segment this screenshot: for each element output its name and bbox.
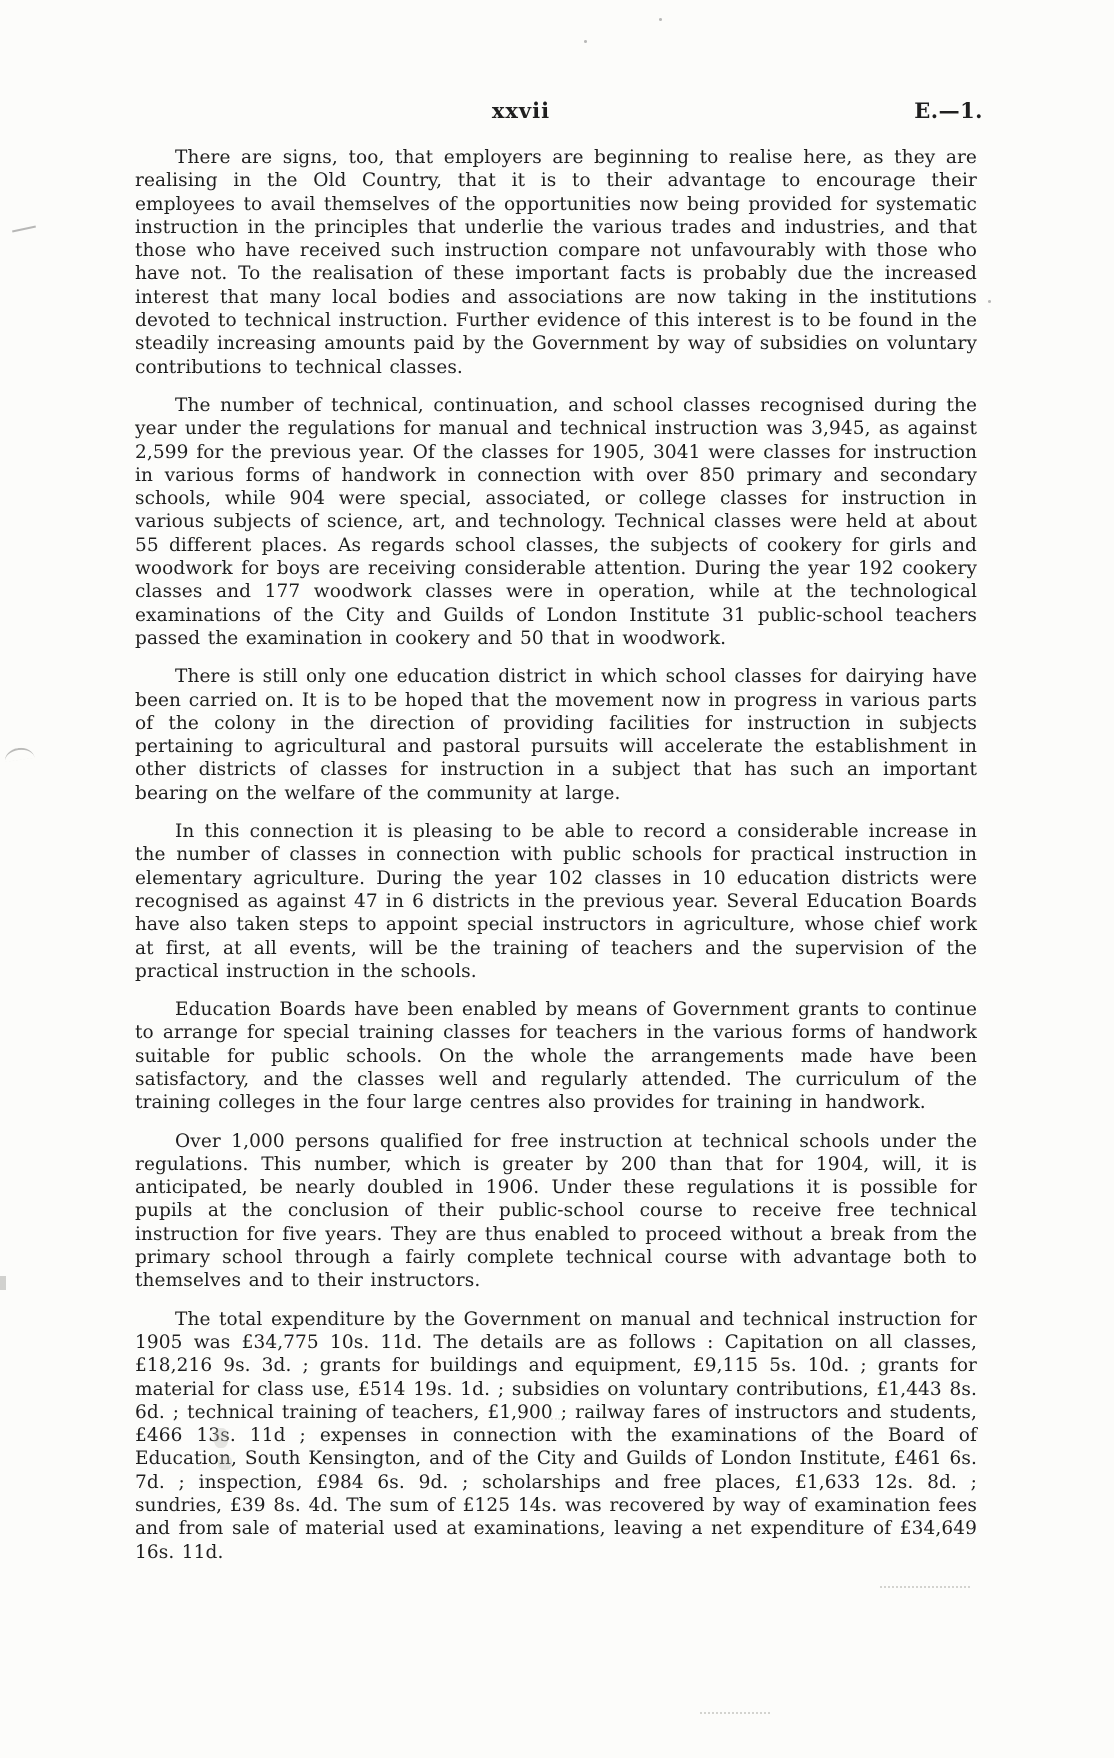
- scan-speck-top-2: [659, 18, 662, 21]
- scan-dotted-rule-1: [880, 1586, 970, 1588]
- page-header: xxvii E.—1.: [135, 98, 977, 134]
- page-number: xxvii: [135, 98, 907, 123]
- paragraph-total-expenditure: The total expenditure by the Government …: [135, 1308, 977, 1564]
- scan-dotted-rule-2: [700, 1712, 770, 1714]
- document-reference: E.—1.: [914, 98, 983, 123]
- paragraph-training-classes: Education Boards have been enabled by me…: [135, 998, 977, 1114]
- scan-pencil-mark-left: [12, 226, 36, 233]
- text-block: xxvii E.—1. There are signs, too, that e…: [135, 98, 977, 1579]
- scanned-document-page: xxvii E.—1. There are signs, too, that e…: [0, 0, 1114, 1758]
- page-body: There are signs, too, that employers are…: [135, 146, 977, 1564]
- paragraph-elementary-agriculture: In this connection it is pleasing to be …: [135, 820, 977, 983]
- paragraph-employers-realise: There are signs, too, that employers are…: [135, 146, 977, 379]
- paragraph-classes-recognised: The number of technical, continuation, a…: [135, 394, 977, 650]
- scan-pencil-tilde-left: [3, 746, 34, 762]
- scan-edge-mark-left: [0, 1276, 6, 1290]
- paragraph-free-instruction: Over 1,000 persons qualified for free in…: [135, 1130, 977, 1293]
- paragraph-dairying-district: There is still only one education distri…: [135, 665, 977, 805]
- scan-speck-top-1: [584, 40, 587, 43]
- scan-stray-period: [988, 300, 991, 303]
